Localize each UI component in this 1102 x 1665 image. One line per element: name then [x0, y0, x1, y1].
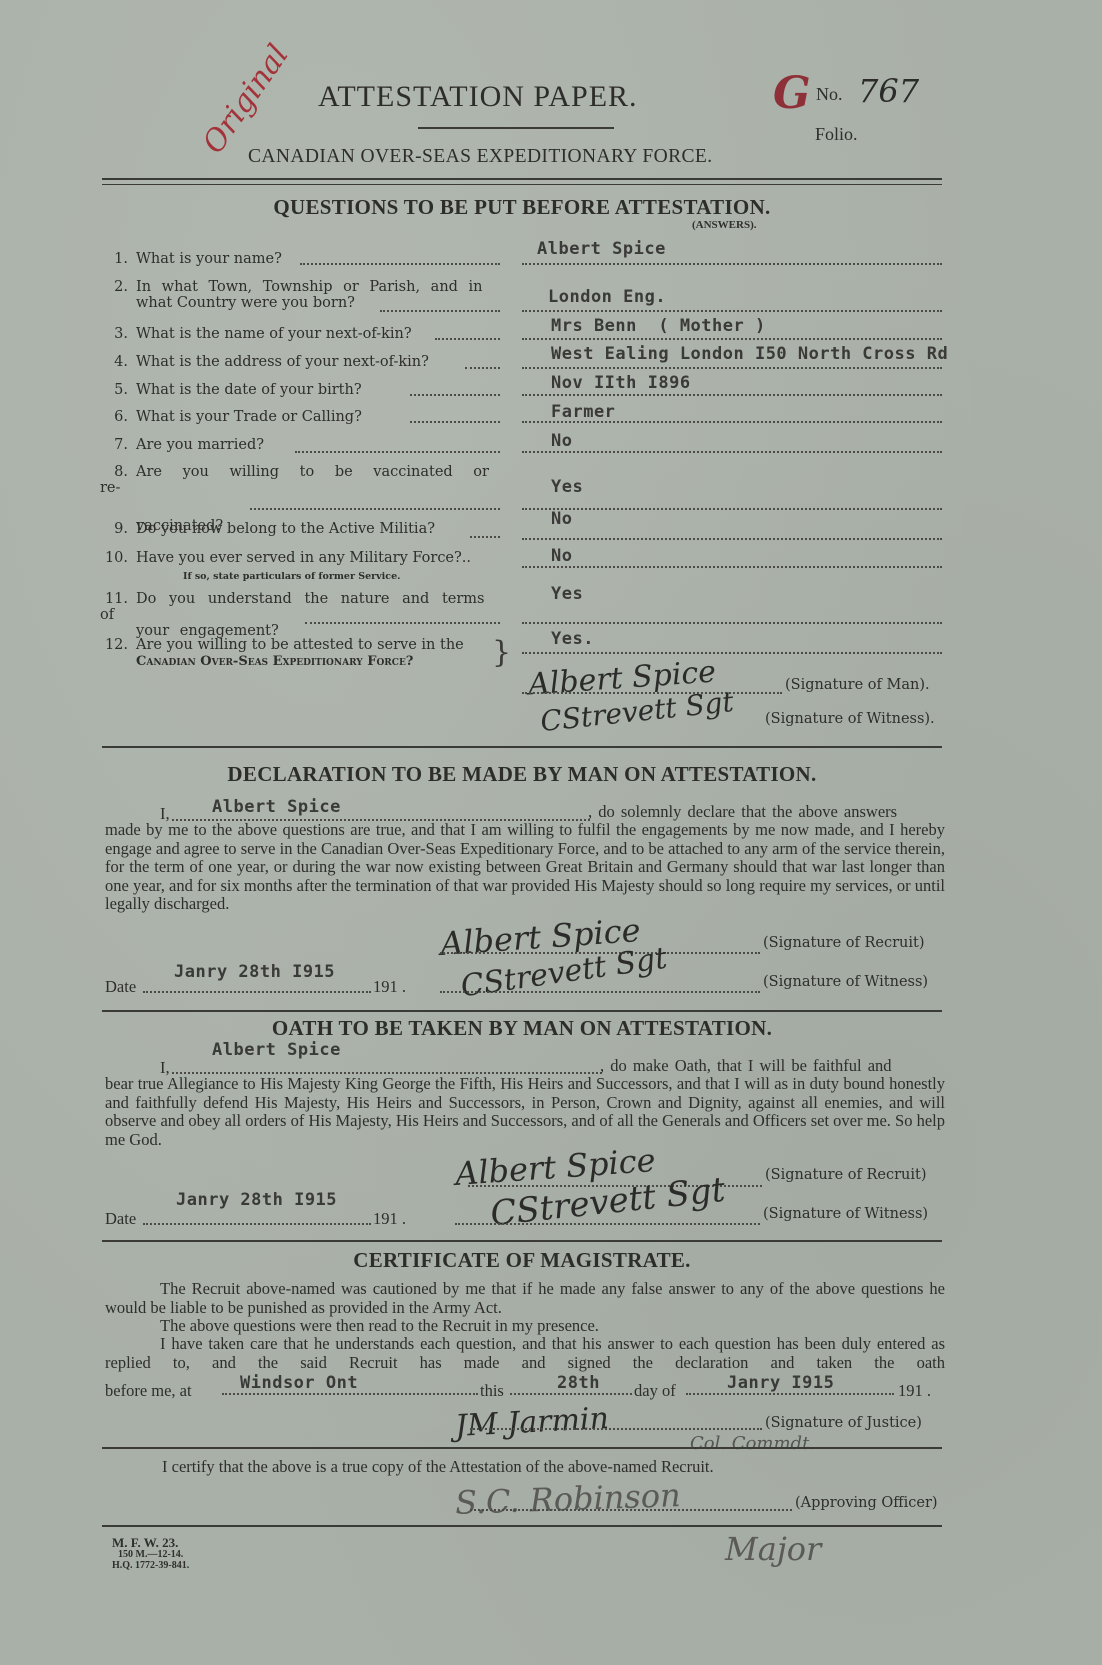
declaration-date-line	[143, 991, 371, 993]
magistrate-month-year-line	[686, 1393, 894, 1395]
answer-5[interactable]: Nov IIth I896	[551, 373, 691, 393]
justice-signature-title: Col. Commdt.	[690, 1433, 815, 1454]
oath-date-value[interactable]: Janry 28th I915	[176, 1190, 337, 1210]
question-6-leader	[410, 421, 500, 423]
answer-10[interactable]: No	[551, 546, 572, 566]
folio-label: Folio.	[815, 124, 858, 145]
answer-2-line	[522, 310, 942, 312]
magistrate-this-label: this	[480, 1382, 504, 1401]
declaration-year-prefix: 191 .	[373, 978, 406, 997]
question-2-leader	[380, 310, 500, 312]
approving-officer-signature-line	[470, 1509, 792, 1511]
oath-date-label: Date	[105, 1210, 136, 1229]
answer-8[interactable]: Yes	[551, 477, 583, 497]
question-4-leader	[465, 367, 500, 369]
magistrate-day[interactable]: 28th	[557, 1373, 600, 1393]
question-8-leader	[250, 508, 500, 510]
number-label: No.	[816, 84, 843, 105]
hq-reference: H.Q. 1772-39-841.	[112, 1560, 189, 1571]
answer-6[interactable]: Farmer	[551, 402, 615, 422]
question-3-leader	[435, 338, 500, 340]
oath-heading: OATH TO BE TAKEN BY MAN ON ATTESTATION.	[102, 1016, 942, 1041]
magistrate-para-3: I have taken care that he understands ea…	[105, 1335, 945, 1372]
answer-1-line	[522, 263, 942, 265]
magistrate-before-label: before me, at	[105, 1382, 192, 1401]
question-1-leader	[300, 263, 500, 265]
question-9: 9.Do you now belong to the Active Militi…	[100, 521, 500, 537]
answer-1[interactable]: Albert Spice	[537, 239, 666, 259]
magistrate-para-1: The Recruit above-named was cautioned by…	[105, 1280, 945, 1317]
question-11: 11.Do you understand the nature and term…	[100, 591, 502, 639]
declaration-date-value[interactable]: Janry 28th I915	[174, 962, 335, 982]
magistrate-place-line	[222, 1393, 478, 1395]
approving-officer-signature-label: (Approving Officer)	[795, 1495, 938, 1511]
oath-line1-suffix: , do make Oath, that I will be faithful …	[600, 1057, 892, 1076]
magistrate-para-2: The above questions were then read to th…	[105, 1317, 945, 1336]
attestation-paper: Original ATTESTATION PAPER. CANADIAN OVE…	[0, 0, 1102, 1665]
answer-12-line	[522, 652, 942, 654]
magistrate-year-prefix: 191 .	[898, 1382, 931, 1401]
header-double-rule-2	[102, 184, 942, 185]
oath-witness-signature-line	[455, 1223, 760, 1225]
answer-3-line	[522, 338, 942, 340]
approving-officer-rank: Major	[725, 1530, 821, 1568]
answer-9-line	[522, 538, 942, 540]
answer-3[interactable]: Mrs Benn ( Mother )	[551, 316, 766, 336]
oath-text: bear true Allegiance to His Majesty King…	[105, 1075, 945, 1149]
declaration-date-label: Date	[105, 978, 136, 997]
witness-signature-label-1: (Signature of Witness).	[765, 711, 935, 727]
number-value: 767	[858, 72, 919, 110]
answer-11-line	[522, 622, 942, 624]
declaration-witness-signature-line	[440, 991, 760, 993]
question-7-leader	[295, 451, 500, 453]
original-annotation: Original	[196, 38, 296, 160]
answer-12[interactable]: Yes.	[551, 629, 594, 649]
print-run: 150 M.—12-14.	[118, 1549, 183, 1560]
answer-10-line	[522, 566, 942, 568]
oath-year-prefix: 191 .	[373, 1210, 406, 1229]
question-9-leader	[470, 536, 500, 538]
magistrate-heading: CERTIFICATE OF MAGISTRATE.	[102, 1248, 942, 1273]
document-title: ATTESTATION PAPER.	[318, 80, 638, 114]
question-10: 10.Have you ever served in any Military …	[100, 550, 510, 566]
declaration-line1-suffix: , do solemnly declare that the above ans…	[588, 803, 897, 822]
answer-8-line	[522, 508, 942, 510]
answer-6-line	[522, 421, 942, 423]
oath-name[interactable]: Albert Spice	[212, 1040, 341, 1060]
question-5-leader	[410, 394, 500, 396]
magistrate-day-of-label: day of	[634, 1382, 676, 1401]
magistrate-place[interactable]: Windsor Ont	[240, 1373, 358, 1393]
title-underline	[418, 127, 614, 129]
man-signature-label: (Signature of Man).	[785, 677, 930, 693]
section-divider-5	[102, 1525, 942, 1527]
declaration-text: made by me to the above questions are tr…	[105, 821, 945, 914]
answer-4[interactable]: West Ealing London I50 North Cross Rd	[551, 344, 948, 364]
question-10-note: If so, state particulars of former Servi…	[183, 571, 400, 582]
header-double-rule	[102, 178, 942, 180]
section-divider-1	[102, 746, 942, 748]
certification-text: I certify that the above is a true copy …	[162, 1458, 714, 1477]
answer-2[interactable]: London Eng.	[548, 287, 666, 307]
answer-7-line	[522, 451, 942, 453]
oath-date-line	[143, 1223, 371, 1225]
questions-heading: QUESTIONS TO BE PUT BEFORE ATTESTATION.	[102, 195, 942, 220]
red-stamp-letter: G	[773, 68, 811, 119]
section-divider-4	[102, 1447, 942, 1449]
justice-signature[interactable]: JM Jarmin	[454, 1401, 610, 1444]
justice-signature-line	[470, 1428, 762, 1430]
justice-signature-label: (Signature of Justice)	[765, 1415, 922, 1431]
magistrate-day-line	[510, 1393, 632, 1395]
question-4: 4.What is the address of your next-of-ki…	[100, 354, 500, 370]
oath-witness-signature-label: (Signature of Witness)	[763, 1206, 928, 1222]
answer-9[interactable]: No	[551, 509, 572, 529]
section-divider-2	[102, 1010, 942, 1012]
section-divider-3	[102, 1240, 942, 1242]
declaration-recruit-signature-label: (Signature of Recruit)	[763, 935, 925, 951]
question-12: 12.Are you willing to be attested to ser…	[100, 637, 510, 669]
answer-7[interactable]: No	[551, 431, 572, 451]
declaration-name[interactable]: Albert Spice	[212, 797, 341, 817]
question-2: 2.In what Town, Township or Parish, and …	[100, 279, 502, 311]
oath-recruit-signature-label: (Signature of Recruit)	[765, 1167, 927, 1183]
answer-5-line	[522, 394, 942, 396]
question-12-brace: }	[492, 638, 511, 668]
declaration-heading: DECLARATION TO BE MADE BY MAN ON ATTESTA…	[102, 762, 942, 787]
question-11-leader	[305, 622, 500, 624]
document-subtitle: CANADIAN OVER-SEAS EXPEDITIONARY FORCE.	[248, 146, 712, 168]
approving-officer-signature[interactable]: S.C. Robinson	[454, 1476, 681, 1522]
answer-4-line	[522, 367, 942, 369]
answers-label: (ANSWERS).	[692, 219, 756, 231]
magistrate-month-year[interactable]: Janry I915	[727, 1373, 834, 1393]
answer-11[interactable]: Yes	[551, 584, 583, 604]
declaration-witness-signature-label: (Signature of Witness)	[763, 974, 928, 990]
